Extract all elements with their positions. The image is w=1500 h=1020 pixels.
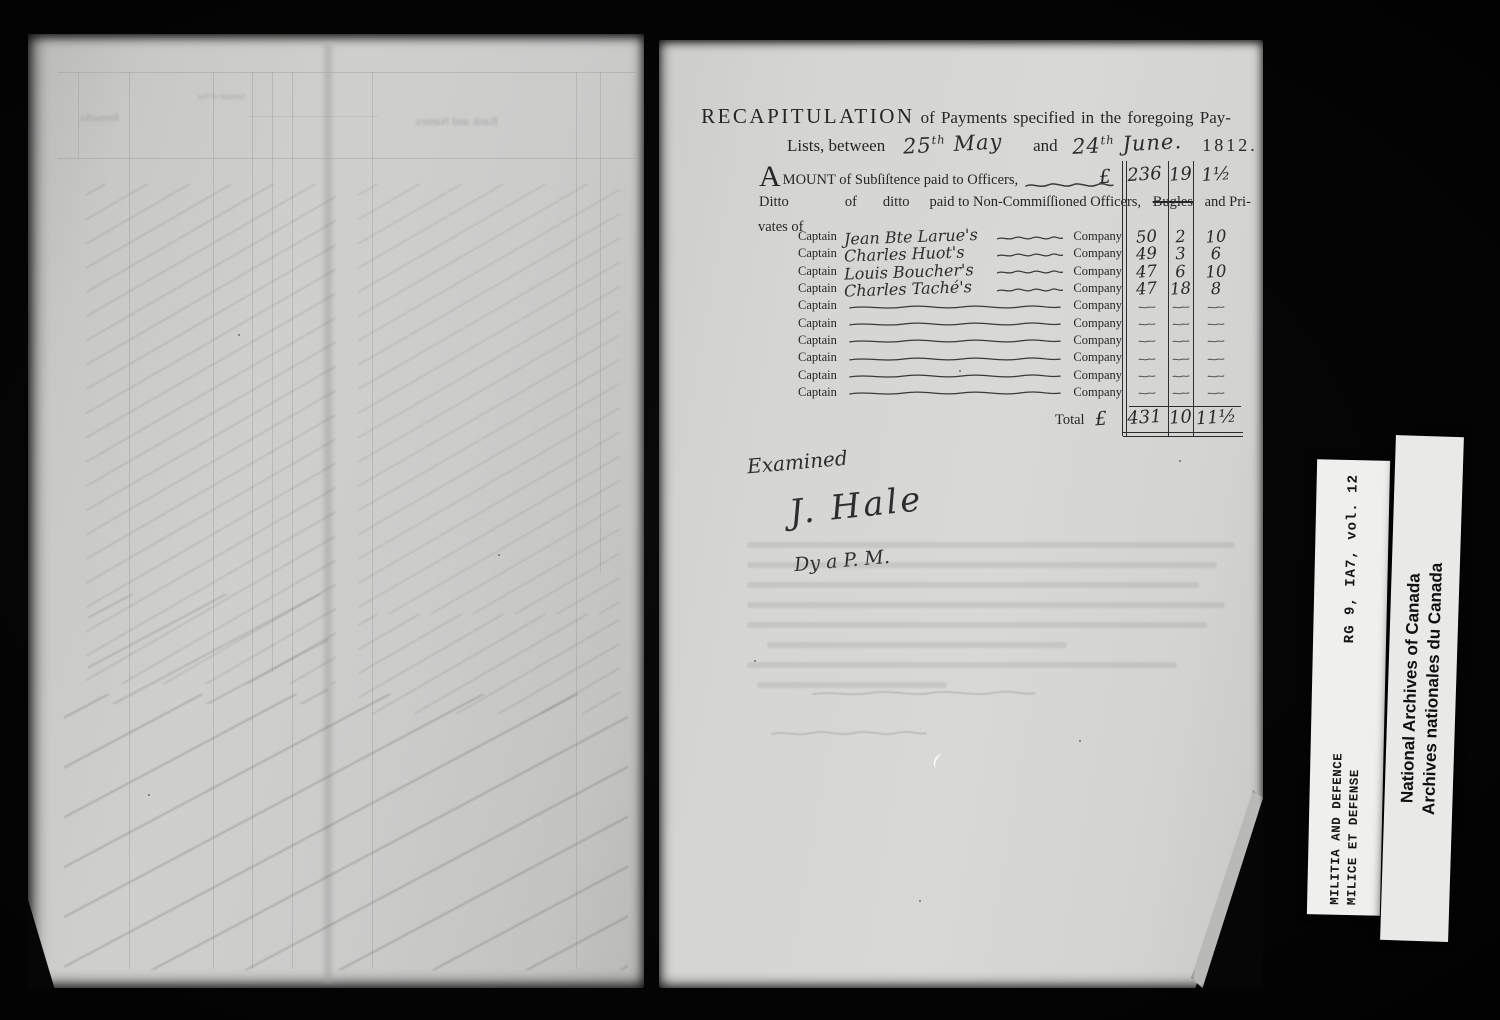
pay-row-blank: Captain Company [659,349,1263,366]
ink-dash [1207,304,1225,311]
ink-dash [1207,321,1225,328]
company-rows: Captain Jean Bte Larue's Company 50 2 10… [659,228,1263,401]
title-word: RECAPITULATION [701,104,915,128]
ink-dash [1172,390,1190,397]
drop-capital: A [759,164,781,190]
ink-dash [846,303,1064,311]
officers-shillings: 19 [1167,163,1193,186]
ink-dash [1172,356,1190,363]
pay-row: Captain Charles Taché's Company 47 18 8 [659,280,1263,297]
fonds-title: MILITIA AND DEFENCE MILICE ET DEFENSE [1327,753,1364,906]
pay-row-blank: Captain Company [659,297,1263,314]
ghost-handwriting-patch [358,184,620,614]
officers-currency: £ [1098,166,1112,189]
recapitulation-page: RECAPITULATIONof Payments specified in t… [659,40,1263,988]
ink-dash [996,268,1064,276]
ink-dash [1172,321,1190,328]
total-shillings: 10 [1167,406,1193,429]
archives-label-strip: National Archives of Canada Archives nat… [1380,435,1464,942]
subtitle-prefix: Lists, between [787,136,885,155]
ink-dash [1172,373,1190,380]
total-bottom-rule [1123,432,1243,433]
ghost-label-amount: Amount of Pay [166,92,246,101]
ink-dash [1138,390,1156,397]
total-pence: 11½ [1192,405,1239,429]
pence-cell: 8 [1192,277,1239,299]
total-currency: £ [1094,408,1108,431]
pounds-cell: 47 [1124,278,1168,300]
ink-dash [1138,338,1156,345]
pay-row-blank: Captain Company [659,314,1263,331]
ditto-line: Dittoofdittopaid to Non-Commiſſioned Off… [759,194,1251,211]
date-from: 25th May [903,129,1004,158]
subtitle-year: 1812. [1202,135,1258,155]
ink-dash [1138,321,1156,328]
total-label: Total [1055,412,1085,429]
ink-dash [1207,338,1225,345]
ink-dash [846,337,1064,345]
struck-word: Bugles [1153,194,1193,210]
ghost-scribble [769,728,929,738]
ghost-header-rule [58,72,636,73]
archives-name: National Archives of Canada Archives nat… [1396,562,1448,816]
reference-label-strip: MILITIA AND DEFENCE MILICE ET DEFENSE RG… [1307,459,1390,916]
ghost-header-rule [58,158,636,159]
ink-dash [1207,373,1225,380]
ink-dash [846,372,1064,380]
title-rest: of Payments specified in the foregoing P… [921,108,1231,127]
shillings-cell: 18 [1167,278,1193,299]
ink-dash [1172,304,1190,311]
officers-amount-line: A MOUNT of Subſiſtence paid to Officers, [759,164,1119,190]
pay-row-blank: Captain Company [659,332,1263,349]
total-bottom-rule [1123,436,1243,437]
ink-dash [996,251,1064,259]
ink-dash [846,389,1064,397]
signature: J. Hale [787,479,925,533]
ghost-handwriting-patch [88,594,328,704]
officers-pounds: 236 [1122,163,1166,187]
fonds-title-fr: MILICE ET DEFENSE [1344,753,1364,905]
recap-title: RECAPITULATIONof Payments specified in t… [699,104,1233,129]
ghost-subheader-rule [248,116,378,117]
ghost-label-remarks: Remarks [80,112,119,124]
ghost-handwriting-patch [64,694,628,970]
date-to: 24th June. [1071,129,1182,159]
reference-label-text: MILITIA AND DEFENCE MILICE ET DEFENSE RG… [1307,459,1390,916]
pay-row-blank: Captain Company [659,366,1263,383]
ink-dash [1207,390,1225,397]
archival-photo-stage: Remarks Amount of Pay Rank and Names REC… [0,0,1500,1020]
archives-label-text: National Archives of Canada Archives nat… [1380,435,1464,942]
ink-dash [1207,356,1225,363]
ink-dash [846,355,1064,363]
ink-dash [996,286,1064,294]
examined-note: Examined [746,446,848,479]
ink-dash [1172,338,1190,345]
ink-dash [1138,356,1156,363]
ink-dash [996,234,1064,242]
ghost-paragraph [747,542,1247,702]
officers-amount-label: MOUNT of Subſiſtence paid to Officers, [783,164,1018,189]
officers-pence: 1½ [1192,162,1239,186]
ghost-column-line [78,72,79,158]
ink-dash [1138,373,1156,380]
reference-number: RG 9, IA7, vol. 12 [1342,474,1362,644]
ghost-scribble [809,688,1039,698]
subtitle-conjunction: and [1033,136,1058,155]
ghost-label-rank: Rank and Names [416,114,498,129]
left-page-ghost: Remarks Amount of Pay Rank and Names [28,34,644,988]
total-pounds: 431 [1122,406,1166,430]
ink-dash [1138,304,1156,311]
paper-scratch [931,752,948,771]
pay-row-blank: Captain Company [659,384,1263,401]
ink-dash [846,320,1064,328]
recap-subtitle: Lists, between 25th May and 24th June. 1… [787,132,1258,156]
